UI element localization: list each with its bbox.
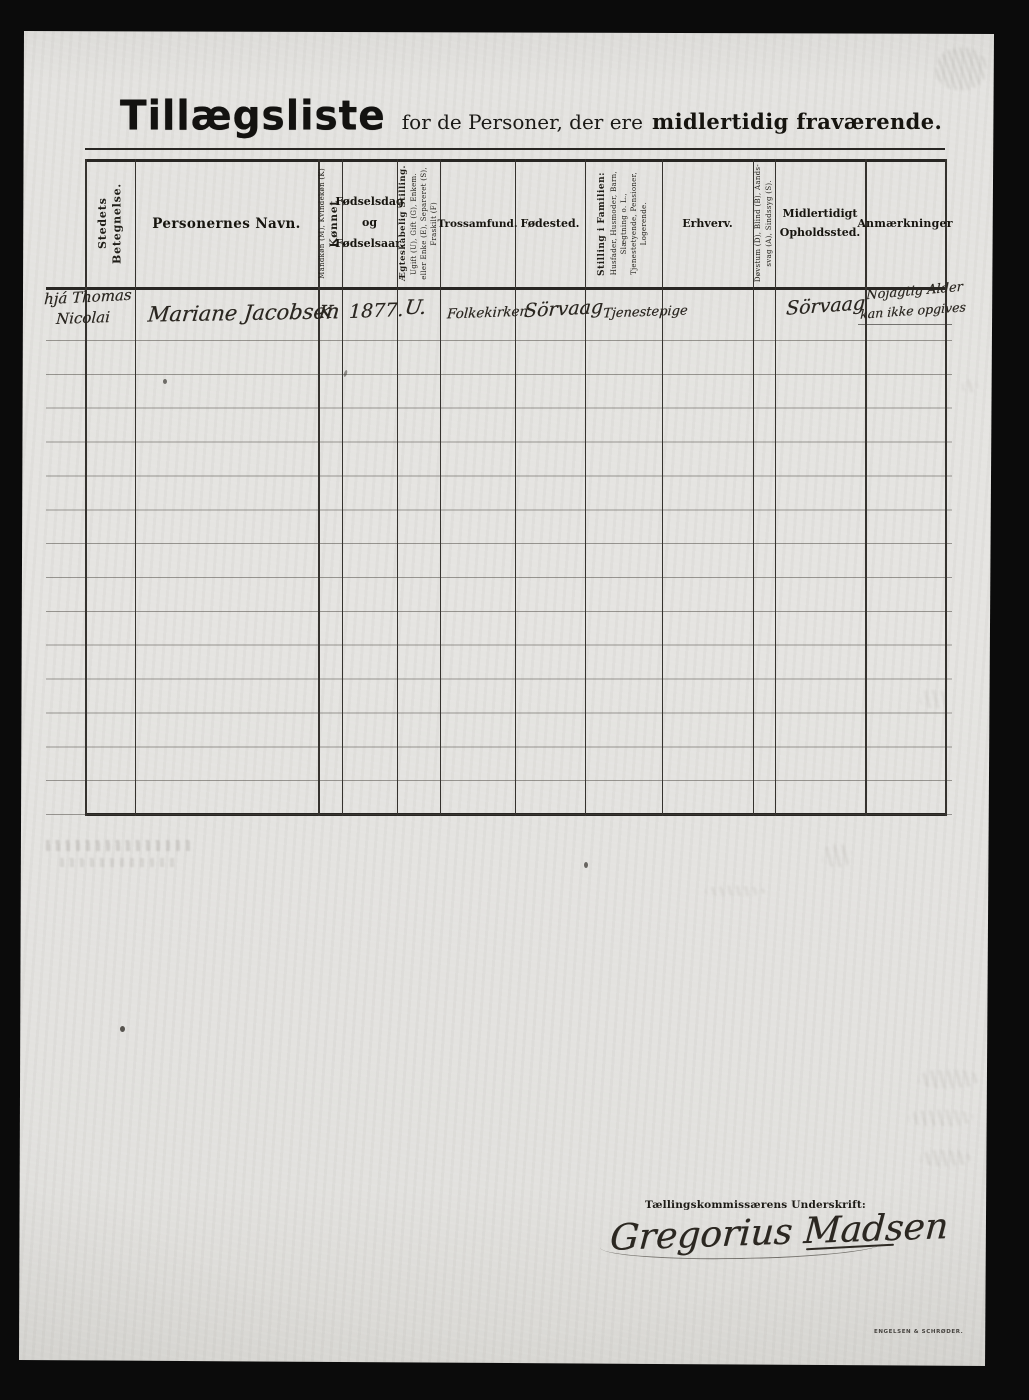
entry-remark-line2: kan ikke opgives — [860, 299, 966, 321]
column-header-subline: Ugift (U), Gift (G), Enkem. — [410, 173, 419, 275]
entry-birth-year: 1877. — [349, 299, 404, 323]
column-header-aegteskabelig: Ægteskabelig Stilling. Ugift (U), Gift (… — [397, 160, 440, 287]
column-header-subline: Døvstum (D), Blind (B), Aands- — [754, 164, 763, 282]
column-header-label: Ægteskabelig Stilling. — [398, 165, 409, 281]
column-header-fodselsdag: Fødselsdag og Fødselsaar. — [342, 160, 397, 287]
signature-name: Gregorius Madsen — [609, 1206, 950, 1259]
entry-temporary-residence: Sörvaag — [786, 292, 866, 320]
column-header-subline: Husfader, Husmoder, Barn, — [610, 171, 619, 275]
column-header-subline: Fraskilt (F) — [430, 202, 439, 246]
scan-bleedthrough-smudge — [908, 1110, 973, 1126]
column-header-label: Trossamfund. — [437, 218, 517, 230]
column-header-label: Fødselsaar. — [335, 234, 404, 255]
column-header-trossamfund: Trossamfund. — [440, 160, 515, 287]
form-page: Tillægsliste for de Personer, der ere mi… — [0, 0, 1029, 1400]
ink-speck — [163, 379, 167, 384]
column-header-subline: Tjenestetyende, Pensioner, — [630, 172, 639, 275]
column-header-navn: Personernes Navn. — [135, 160, 318, 287]
remarks-row-line — [858, 324, 952, 325]
column-header-label: Anmærkninger — [857, 217, 952, 230]
form-title: Tillægsliste — [120, 93, 386, 140]
signature-trailing-stroke — [806, 1244, 894, 1251]
table-column-border — [397, 159, 398, 816]
entry-birthplace: Sörvaag — [523, 296, 604, 322]
entry-name: Mariane Jacobsen — [147, 299, 341, 326]
column-header-anmaerkninger: Anmærkninger — [865, 160, 945, 287]
table-column-border — [585, 159, 586, 816]
scan-bleedthrough-smudge — [962, 380, 978, 392]
column-header-opholdssted: Midlertidigt Opholdssted. — [775, 160, 865, 287]
title-underline — [85, 148, 945, 150]
table-bottom-border — [85, 813, 946, 816]
scan-bleedthrough-smudge — [936, 48, 986, 90]
table-column-border — [515, 159, 516, 816]
signature-label: Tællingskommissærens Underskrift: — [645, 1199, 866, 1211]
scan-bleedthrough-smudge — [46, 840, 191, 851]
column-header-label: Erhverv. — [682, 217, 732, 230]
entry-marital-status: U. — [403, 295, 428, 319]
column-header-label: Stedets Betegnelse. — [96, 160, 125, 287]
column-header-stilling: Stilling i Familien: Husfader, Husmoder,… — [585, 160, 662, 287]
scan-bleedthrough-smudge — [920, 690, 948, 708]
column-header-subline: Slægtning o. L., — [620, 193, 629, 254]
column-header-label: Kønnet — [328, 200, 342, 248]
ink-speck — [584, 862, 588, 868]
column-header-konnet: Mandkøn (M), Kvindekøn (K) Kønnet — [318, 160, 342, 287]
ink-speck — [343, 370, 348, 378]
column-header-label: Midlertidigt — [783, 205, 858, 224]
table-column-border — [135, 159, 136, 816]
form-subtitle-emphasis: midlertidig fraværende. — [652, 109, 942, 134]
table-column-border — [865, 159, 867, 816]
form-subtitle: for de Personer, der ere — [402, 110, 643, 134]
column-header-label: Fødselsdag — [335, 192, 403, 213]
table-top-border — [85, 159, 945, 162]
printer-mark: ENGELSEN & SCHRØDER. — [874, 1329, 963, 1335]
entry-family-position: Tjenestepige — [602, 304, 688, 322]
column-header-label: Stilling i Familien: — [597, 172, 609, 276]
column-header-fodested: Fødested. — [515, 160, 585, 287]
entry-remark-line1: Nöjagtig Alder — [866, 280, 963, 304]
entry-religion: Folkekirken — [446, 304, 528, 323]
column-header-dovstum: Døvstum (D), Blind (B), Aands- svag (A),… — [753, 160, 775, 287]
scan-bleedthrough-smudge — [920, 1150, 970, 1166]
column-header-subline: svag (A), Sindssyg (S). — [765, 180, 774, 267]
column-header-erhverv: Erhverv. — [662, 160, 753, 287]
signature-flourish-underline — [600, 1226, 883, 1262]
table-column-border — [440, 159, 441, 816]
column-header-subline: Mandkøn (M), Kvindekøn (K) — [318, 168, 327, 279]
column-header-label: Fødested. — [520, 217, 579, 230]
column-header-subline: eller Enke (E), Separeret (S), — [420, 167, 429, 280]
column-header-label: og — [362, 213, 377, 234]
table-column-border — [318, 159, 320, 816]
table-column-border — [342, 159, 343, 816]
table-row-lines — [46, 340, 952, 815]
scan-bleedthrough-smudge — [918, 1070, 978, 1088]
table-column-border — [753, 159, 754, 816]
scan-bleedthrough-smudge — [60, 858, 180, 867]
entry-place-line1: hjá Thomas — [44, 286, 132, 309]
table-header-bottom-border — [46, 287, 945, 290]
ink-speck — [120, 1026, 125, 1032]
scanned-census-form: Tillægsliste for de Personer, der ere mi… — [0, 0, 1029, 1400]
column-header-label: Personernes Navn. — [152, 216, 301, 232]
entry-sex: K. — [318, 302, 339, 323]
table-column-border — [662, 159, 663, 816]
table-column-border — [775, 159, 776, 816]
form-title-row: Tillægsliste for de Personer, der ere mi… — [120, 94, 942, 139]
entry-place-line2: Nicolai — [56, 308, 111, 328]
column-header-label: Opholdssted. — [780, 224, 860, 243]
column-header-subline: Logerende. — [640, 202, 649, 245]
column-header-stedets: Stedets Betegnelse. — [85, 160, 135, 287]
scan-bleedthrough-smudge — [705, 886, 765, 896]
table-column-border — [85, 159, 87, 816]
table-column-border — [945, 159, 947, 816]
scan-bleedthrough-smudge — [822, 845, 852, 867]
